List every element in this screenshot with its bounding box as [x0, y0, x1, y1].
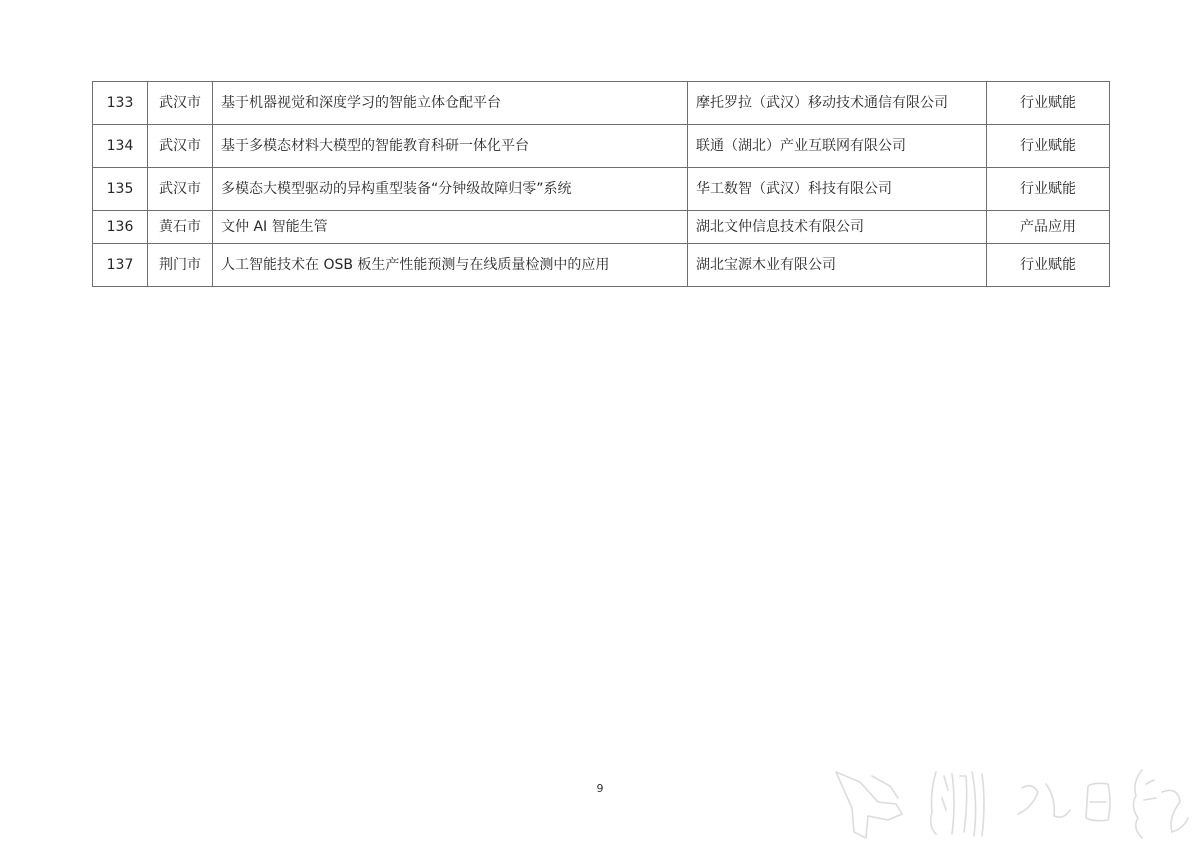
- page-number: 9: [590, 782, 610, 795]
- table-row: 136 黄石市 文仲 AI 智能生管 湖北文仲信息技术有限公司 产品应用: [93, 211, 1110, 244]
- row-project-name: 基于机器视觉和深度学习的智能立体仓配平台: [213, 82, 688, 125]
- project-list-table: 133 武汉市 基于机器视觉和深度学习的智能立体仓配平台 摩托罗拉（武汉）移动技…: [92, 81, 1110, 287]
- document-page: 133 武汉市 基于机器视觉和深度学习的智能立体仓配平台 摩托罗拉（武汉）移动技…: [0, 0, 1200, 848]
- row-project-name: 文仲 AI 智能生管: [213, 211, 688, 244]
- row-number: 135: [93, 168, 148, 211]
- row-category: 产品应用: [987, 211, 1110, 244]
- row-city: 武汉市: [148, 82, 213, 125]
- row-organization: 联通（湖北）产业互联网有限公司: [688, 125, 987, 168]
- row-number: 137: [93, 244, 148, 287]
- row-project-name: 基于多模态材料大模型的智能教育科研一体化平台: [213, 125, 688, 168]
- row-category: 行业赋能: [987, 244, 1110, 287]
- table-row: 134 武汉市 基于多模态材料大模型的智能教育科研一体化平台 联通（湖北）产业互…: [93, 125, 1110, 168]
- hubei-daily-watermark-icon: [832, 762, 1192, 842]
- row-city: 黄石市: [148, 211, 213, 244]
- row-number: 134: [93, 125, 148, 168]
- row-organization: 华工数智（武汉）科技有限公司: [688, 168, 987, 211]
- table-row: 133 武汉市 基于机器视觉和深度学习的智能立体仓配平台 摩托罗拉（武汉）移动技…: [93, 82, 1110, 125]
- table-row: 137 荆门市 人工智能技术在 OSB 板生产性能预测与在线质量检测中的应用 湖…: [93, 244, 1110, 287]
- table-row: 135 武汉市 多模态大模型驱动的异构重型装备“分钟级故障归零”系统 华工数智（…: [93, 168, 1110, 211]
- row-organization: 摩托罗拉（武汉）移动技术通信有限公司: [688, 82, 987, 125]
- row-category: 行业赋能: [987, 168, 1110, 211]
- row-organization: 湖北文仲信息技术有限公司: [688, 211, 987, 244]
- row-category: 行业赋能: [987, 125, 1110, 168]
- row-number: 136: [93, 211, 148, 244]
- row-city: 武汉市: [148, 125, 213, 168]
- row-organization: 湖北宝源木业有限公司: [688, 244, 987, 287]
- row-number: 133: [93, 82, 148, 125]
- row-category: 行业赋能: [987, 82, 1110, 125]
- row-city: 武汉市: [148, 168, 213, 211]
- row-project-name: 人工智能技术在 OSB 板生产性能预测与在线质量检测中的应用: [213, 244, 688, 287]
- row-city: 荆门市: [148, 244, 213, 287]
- row-project-name: 多模态大模型驱动的异构重型装备“分钟级故障归零”系统: [213, 168, 688, 211]
